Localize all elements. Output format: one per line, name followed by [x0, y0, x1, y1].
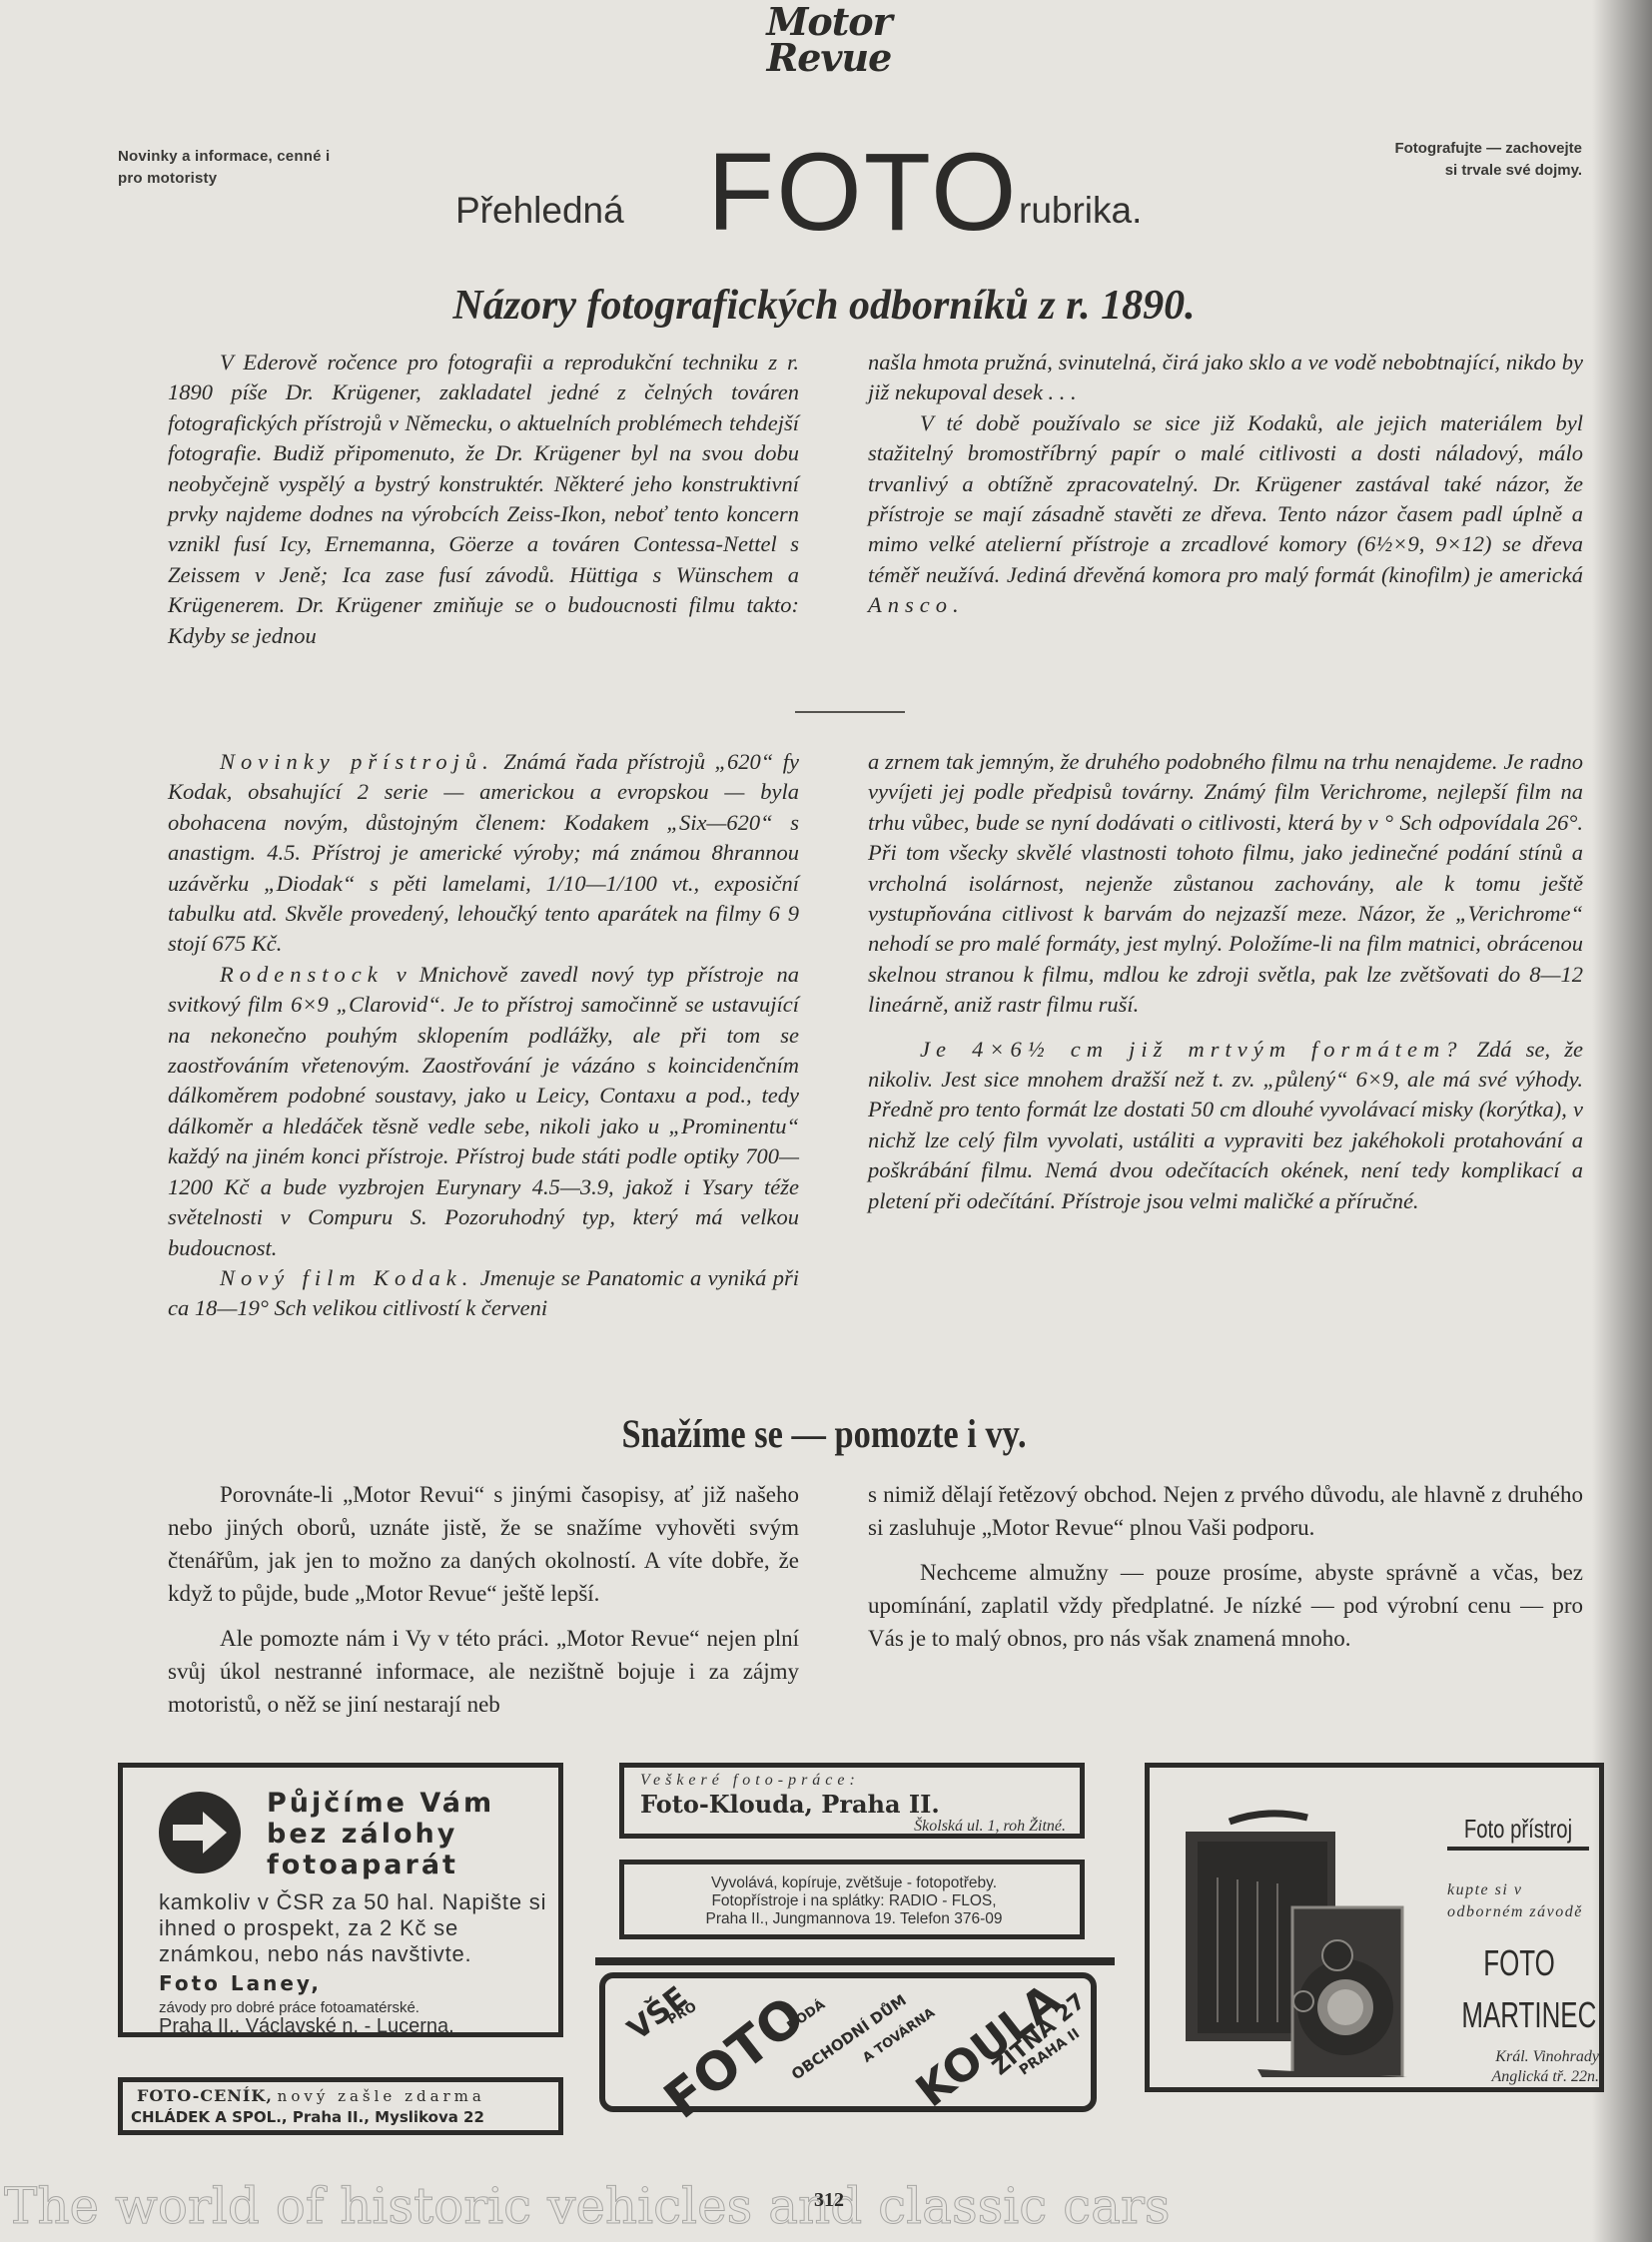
ad-address-line-1: Král. Vinohrady: [1445, 2047, 1599, 2067]
folding-camera-illustration: [1178, 1808, 1427, 2077]
watermark-text: The world of historic vehicles and class…: [4, 2177, 1171, 2235]
ad-subtitle: kupte si v odborném závodě: [1447, 1879, 1593, 1923]
ad-address: Praha II., Václavské n. - Lucerna.: [159, 2015, 454, 2038]
title-prefix: Přehledná: [455, 190, 624, 232]
appeal-paragraph: Nechceme almužny — pouze prosíme, abyste…: [868, 1556, 1583, 1655]
ad-divider-bar: [595, 1957, 1115, 1965]
paragraph-text: Známá řada přístrojů „620“ fy Kodak, obs…: [168, 749, 799, 956]
article1-paragraph: našla hmota pružná, svinutelná, čirá jak…: [868, 348, 1583, 408]
section-title: Přehledná FOTO rubrika.: [439, 138, 1199, 248]
appeal-right-column: s nimiž dělají řetězový obchod. Nejen z …: [868, 1478, 1583, 1667]
news-paragraph: Rodenstock v Mnichově zavedl nový typ př…: [168, 960, 799, 1263]
ad-firm-sub: závody pro dobré práce fotoamatérské.: [159, 1999, 419, 2016]
ad-address-line-2: Anglická tř. 22n.: [1445, 2067, 1599, 2087]
ad-foto-laney: Půjčíme Vám bez zálohy fotoaparát kamkol…: [118, 1763, 563, 2037]
paragraph-lead: Novinky přístrojů.: [220, 749, 494, 774]
ad-body: kamkoliv v ČSR za 50 hal. Napište si ihn…: [159, 1889, 558, 1967]
appeal-paragraph: s nimiž dělají řetězový obchod. Nejen z …: [868, 1478, 1583, 1544]
tagline-right: Fotografujte — zachovejte si trvale své …: [1322, 138, 1582, 182]
appeal-paragraph: Porovnáte-li „Motor Revui“ s jinými časo…: [168, 1478, 799, 1610]
article1-text-end: Ansco.: [868, 592, 965, 617]
ad-firm-line-1: FOTO: [1461, 1937, 1576, 1989]
news-paragraph: Novinky přístrojů. Známá řada přístrojů …: [168, 747, 799, 960]
section-divider: [795, 711, 905, 713]
paragraph-text: Zdá se, že nikoliv. Jest sice mnohem dra…: [868, 1037, 1583, 1213]
news-paragraph: Je 4×6½ cm již mrtvým formátem? Zdá se, …: [868, 1035, 1583, 1216]
ad-line-2: Fotopřístroje i na splátky: RADIO - FLOS…: [636, 1892, 1072, 1910]
ad-line-3: Školská ul. 1, roh Žitné.: [914, 1818, 1066, 1836]
ad-chladek: FOTO-CENÍK, nový zašle zdarma CHLÁDEK A …: [118, 2077, 563, 2135]
ad-line-1: Veškeré foto-práce:: [640, 1772, 860, 1790]
article1-right-column: našla hmota pružná, svinutelná, čirá jak…: [868, 348, 1583, 621]
ad-address: Král. Vinohrady Anglická tř. 22n.: [1445, 2047, 1599, 2087]
article1-left-column: V Ederově ročence pro fotografii a repro…: [168, 348, 799, 651]
arrow-right-icon: [159, 1792, 241, 1873]
ad-line-1: Vyvolává, kopíruje, zvětšuje - fotopotře…: [636, 1874, 1072, 1892]
ad-line-2: CHLÁDEK A SPOL., Praha II., Myslikova 22: [131, 2108, 484, 2126]
ad-foto-martinec: Foto přístroj kupte si v odborném závodě…: [1145, 1763, 1604, 2092]
logo-line-2: Revue: [759, 40, 899, 76]
article2-right-column: a zrnem tak jemným, že druhého podobného…: [868, 747, 1583, 1216]
ad-headline: Půjčíme Vám bez zálohy fotoaparát: [267, 1788, 556, 1880]
title-main: FOTO: [707, 138, 1019, 248]
article1-text: V té době používalo se sice již Kodaků, …: [868, 410, 1583, 587]
title-suffix: rubrika.: [1019, 190, 1142, 232]
appeal-heading: Snažíme se — pomozte i vy.: [253, 1410, 1395, 1457]
article1-paragraph: V té době používalo se sice již Kodaků, …: [868, 408, 1583, 621]
ad-firm-name: FOTO MARTINEC: [1461, 1937, 1576, 2041]
article-heading-1890: Názory fotografických odborníků z r. 189…: [170, 282, 1478, 330]
ad-bold-label: FOTO-CENÍK,: [137, 2086, 273, 2105]
tagline-right-line-1: Fotografujte — zachovejte: [1322, 138, 1582, 160]
appeal-paragraph: Ale pomozte nám i Vy v této práci. „Moto…: [168, 1622, 799, 1721]
news-paragraph: a zrnem tak jemným, že druhého podobného…: [868, 747, 1583, 1021]
paragraph-lead: Nový film Kodak.: [220, 1265, 473, 1290]
ad-line-text: nový zašle zdarma: [278, 2087, 485, 2105]
appeal-left-column: Porovnáte-li „Motor Revui“ s jinými časo…: [168, 1478, 799, 1733]
ad-koula: VŠE PRO FOTO DODÁ OBCHODNÍ DŮM A TOVÁRNA…: [599, 1972, 1097, 2112]
page-number: 312: [799, 2189, 859, 2212]
ad-firm-name: Foto Laney,: [159, 1971, 322, 1995]
paragraph-lead: Je 4×6½ cm již mrtvým formátem?: [920, 1037, 1463, 1062]
ad-line-1: FOTO-CENÍK, nový zašle zdarma: [137, 2086, 485, 2105]
ad-line-3: Praha II., Jungmannova 19. Telefon 376-0…: [636, 1910, 1072, 1928]
news-paragraph: Nový film Kodak. Jmenuje se Panatomic a …: [168, 1263, 799, 1324]
ad-text: Vyvolává, kopíruje, zvětšuje - fotopotře…: [636, 1874, 1072, 1928]
ad-firm-line-2: MARTINEC: [1461, 1989, 1576, 2041]
tagline-left: Novinky a informace, cenné i pro motoris…: [118, 146, 338, 190]
ad-radio-flos: Vyvolává, kopíruje, zvětšuje - fotopotře…: [619, 1860, 1085, 1939]
ad-line-2: Foto-Klouda, Praha II.: [640, 1790, 940, 1819]
tagline-right-line-2: si trvale své dojmy.: [1322, 160, 1582, 182]
paragraph-text: v Mnichově zavedl nový typ přístroje na …: [168, 962, 799, 1260]
article1-paragraph: V Ederově ročence pro fotografii a repro…: [168, 348, 799, 651]
paragraph-lead: Rodenstock: [220, 962, 384, 987]
motor-revue-logo: Motor Revue: [759, 4, 899, 76]
ad-title: Foto přístroj: [1447, 1814, 1589, 1851]
ad-foto-klouda: Veškeré foto-práce: Foto-Klouda, Praha I…: [619, 1763, 1085, 1839]
article2-left-column: Novinky přístrojů. Známá řada přístrojů …: [168, 747, 799, 1324]
